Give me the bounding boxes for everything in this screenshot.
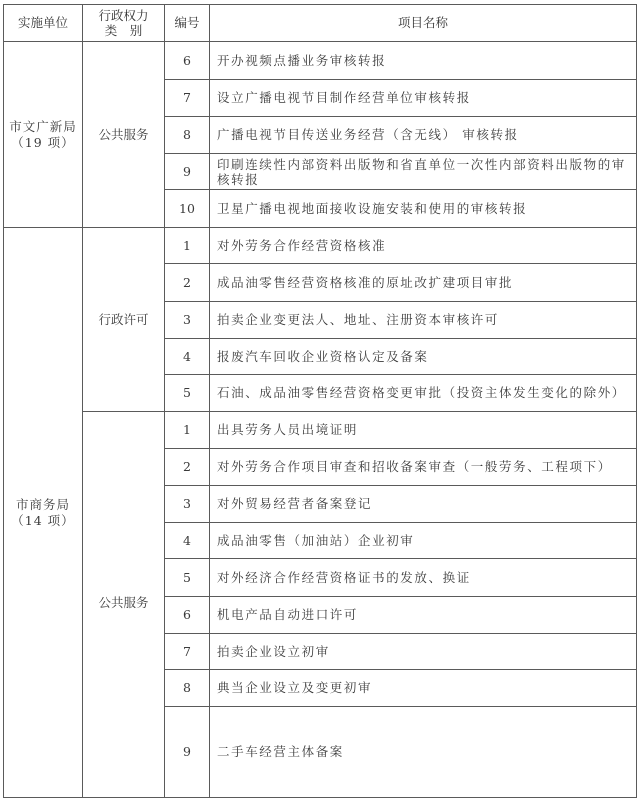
- item-number: 9: [165, 154, 210, 190]
- header-power-type-line2: 类 别: [83, 23, 164, 38]
- item-name: 对外劳务合作项目审查和招收备案审查（一般劳务、工程项下）: [210, 449, 637, 486]
- item-name: 卫星广播电视地面接收设施安装和使用的审核转报: [210, 190, 637, 228]
- item-name: 拍卖企业设立初审: [210, 634, 637, 670]
- power-type-cell: 行政许可: [83, 228, 165, 412]
- header-row: 实施单位 行政权力 类 别 编号 项目名称: [4, 5, 637, 42]
- item-number: 1: [165, 228, 210, 264]
- item-number: 2: [165, 264, 210, 302]
- item-name: 开办视频点播业务审核转报: [210, 42, 637, 80]
- item-number: 8: [165, 117, 210, 154]
- item-number: 7: [165, 80, 210, 117]
- item-name: 出具劳务人员出境证明: [210, 412, 637, 449]
- item-number: 1: [165, 412, 210, 449]
- item-number: 5: [165, 559, 210, 597]
- item-number: 9: [165, 707, 210, 798]
- header-item-name: 项目名称: [210, 5, 637, 42]
- item-name: 报废汽车回收企业资格认定及备案: [210, 339, 637, 375]
- power-type-cell: 公共服务: [83, 412, 165, 798]
- table-row: 市文广新局 （19 项） 公共服务 6 开办视频点播业务审核转报: [4, 42, 637, 80]
- unit-cell-culture-bureau: 市文广新局 （19 项）: [4, 42, 83, 228]
- item-name: 机电产品自动进口许可: [210, 597, 637, 634]
- item-name: 对外劳务合作经营资格核准: [210, 228, 637, 264]
- item-name: 对外经济合作经营资格证书的发放、换证: [210, 559, 637, 597]
- item-name: 石油、成品油零售经营资格变更审批（投资主体发生变化的除外）: [210, 375, 637, 412]
- table-row: 市商务局 （14 项） 行政许可 1 对外劳务合作经营资格核准: [4, 228, 637, 264]
- item-name: 成品油零售经营资格核准的原址改扩建项目审批: [210, 264, 637, 302]
- power-list-table: 实施单位 行政权力 类 别 编号 项目名称 市文广新局 （19 项） 公共服务 …: [3, 4, 637, 798]
- header-number: 编号: [165, 5, 210, 42]
- header-unit: 实施单位: [4, 5, 83, 42]
- item-number: 3: [165, 302, 210, 339]
- item-number: 7: [165, 634, 210, 670]
- item-name: 二手车经营主体备案: [210, 707, 637, 798]
- item-number: 6: [165, 597, 210, 634]
- item-number: 6: [165, 42, 210, 80]
- header-power-type: 行政权力 类 别: [83, 5, 165, 42]
- item-number: 8: [165, 670, 210, 707]
- item-number: 4: [165, 339, 210, 375]
- item-number: 3: [165, 486, 210, 523]
- item-number: 10: [165, 190, 210, 228]
- item-name: 广播电视节目传送业务经营（含无线） 审核转报: [210, 117, 637, 154]
- item-name: 成品油零售（加油站）企业初审: [210, 523, 637, 559]
- item-name: 拍卖企业变更法人、地址、注册资本审核许可: [210, 302, 637, 339]
- item-name: 设立广播电视节目制作经营单位审核转报: [210, 80, 637, 117]
- item-name: 对外贸易经营者备案登记: [210, 486, 637, 523]
- item-number: 5: [165, 375, 210, 412]
- power-type-cell: 公共服务: [83, 42, 165, 228]
- item-number: 2: [165, 449, 210, 486]
- item-number: 4: [165, 523, 210, 559]
- item-name: 典当企业设立及变更初审: [210, 670, 637, 707]
- unit-cell-commerce-bureau: 市商务局 （14 项）: [4, 228, 83, 798]
- header-power-type-line1: 行政权力: [83, 8, 164, 23]
- table-row: 公共服务 1 出具劳务人员出境证明: [4, 412, 637, 449]
- item-name: 印刷连续性内部资料出版物和省直单位一次性内部资料出版物的审核转报: [210, 154, 637, 190]
